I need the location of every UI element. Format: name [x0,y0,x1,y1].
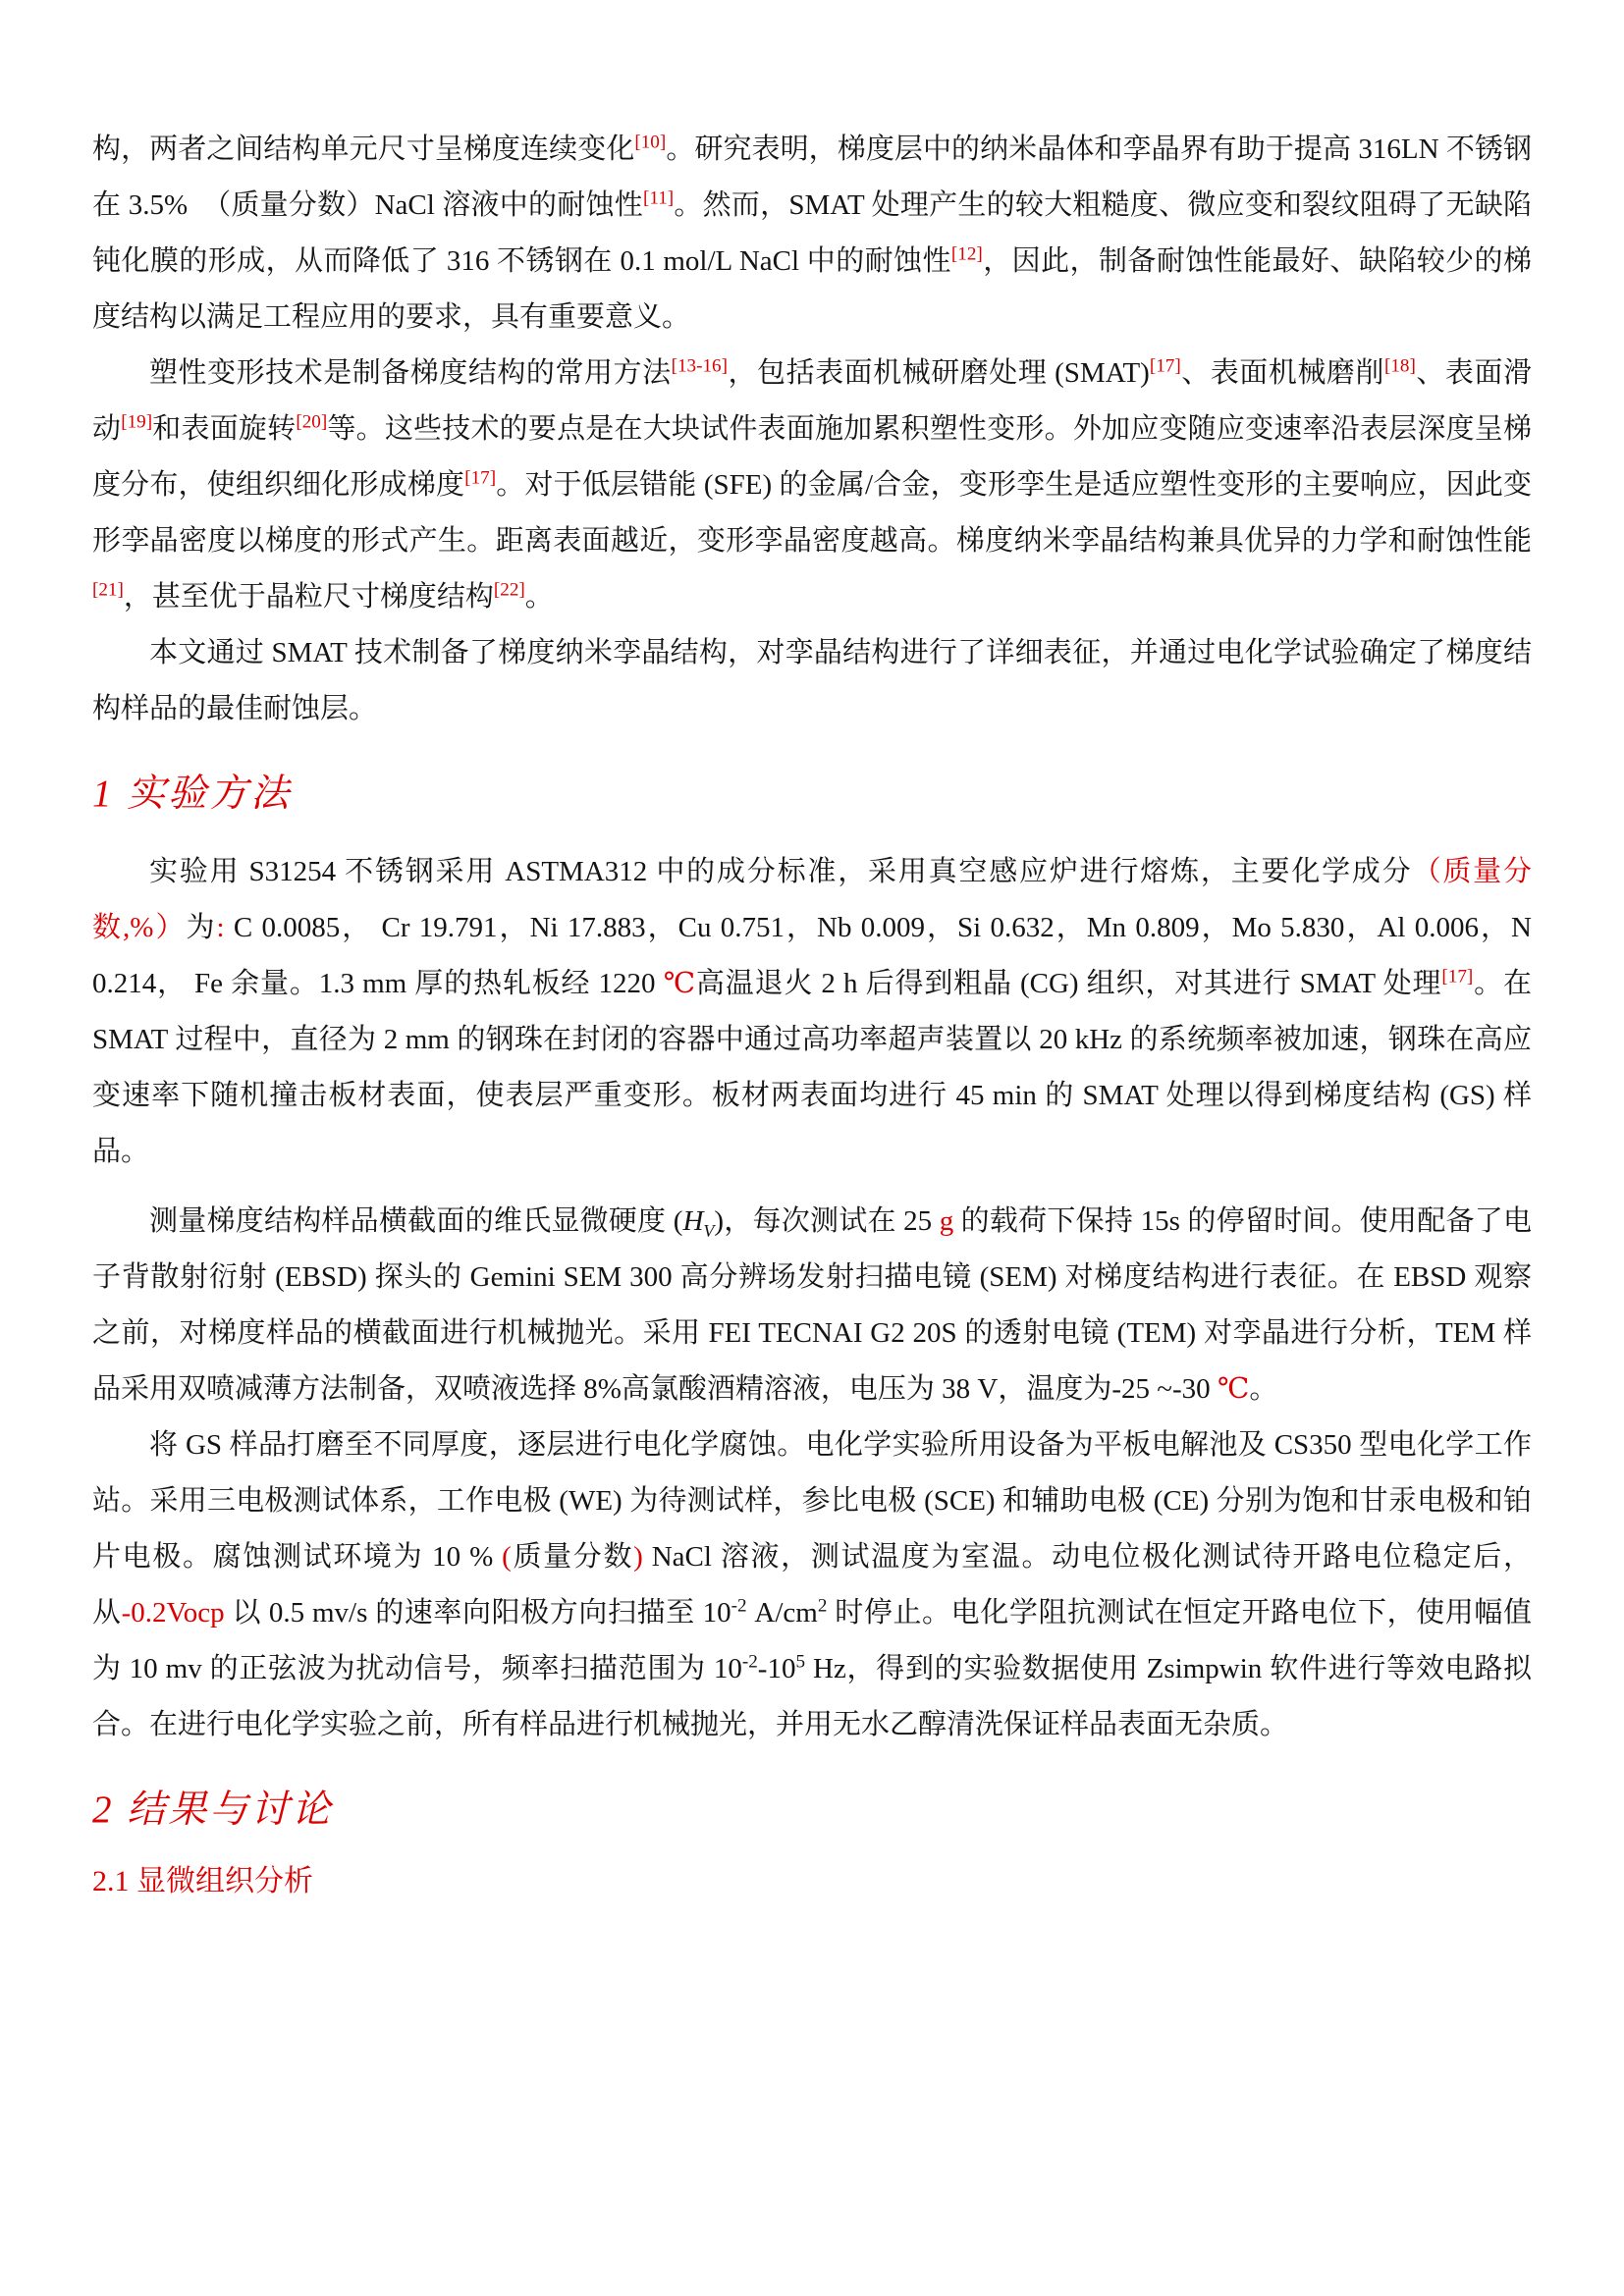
text-run: 以 0.5 mv/s 的速率向阳极方向扫描至 10 [225,1597,731,1629]
text-run: -0.2Vocp [122,1597,225,1629]
text-run: 实验用 S31254 不锈钢采用 ASTMA312 中的成分标准，采用真空感应炉… [149,856,1413,887]
document-page: 构，两者之间结构单元尺寸呈梯度连续变化[10]。研究表明，梯度层中的纳米晶体和孪… [0,0,1624,2296]
text-run: 。 [1249,1373,1277,1405]
text-run: 为 [186,912,216,943]
text-run: )，每次测试在 25 [714,1205,939,1237]
citation-ref: [22] [494,579,525,600]
citation-ref: [11] [643,187,674,208]
material-composition-paragraph: 实验用 S31254 不锈钢采用 ASTMA312 中的成分标准，采用真空感应炉… [92,844,1532,1180]
citation-ref: [13-16] [672,355,728,376]
text-run: 质量分数 [512,1541,633,1573]
text-run: 、表面机械磨削 [1181,357,1384,389]
citation-ref: [21] [92,579,124,600]
text-run: ，甚至优于晶粒尺寸梯度结构 [124,581,494,613]
text-run: A/cm [747,1597,818,1629]
text-run: 2 结果与讨论 [92,1789,333,1831]
citation-ref: [10] [634,132,666,152]
text-run: 测量梯度结构样品横截面的维氏显微硬度 ( [149,1205,682,1237]
text-run: ，包括表面机械研磨处理 (SMAT) [728,357,1150,389]
text-run: -2 [731,1595,747,1616]
plastic-deformation-methods-paragraph: 塑性变形技术是制备梯度结构的常用方法[13-16]，包括表面机械研磨处理 (SM… [92,346,1532,625]
citation-ref: [17] [1150,355,1181,376]
text-run: -10 [758,1653,796,1684]
paper-scope-paragraph: 本文通过 SMAT 技术制备了梯度纳米孪晶结构，对孪晶结构进行了详细表征，并通过… [92,625,1532,737]
text-run: g [940,1205,954,1237]
text-run: 。 [525,581,554,613]
citation-ref: [12] [951,243,983,264]
intro-paragraph-continued: 构，两者之间结构单元尺寸呈梯度连续变化[10]。研究表明，梯度层中的纳米晶体和孪… [92,122,1532,346]
text-run: V [703,1221,714,1241]
text-run: H [682,1205,703,1237]
citation-ref: [20] [296,411,327,432]
text-run: 构，两者之间结构单元尺寸呈梯度连续变化 [92,133,634,165]
text-run: : [217,912,225,943]
document-body: 构，两者之间结构单元尺寸呈梯度连续变化[10]。研究表明，梯度层中的纳米晶体和孪… [92,122,1532,1899]
text-run: ) [633,1541,643,1573]
text-run: 2 [818,1595,828,1616]
text-run: 1 实验方法 [92,773,292,815]
text-run: ℃ [1218,1373,1249,1405]
characterization-paragraph: 测量梯度结构样品横截面的维氏显微硬度 (HV)，每次测试在 25 g 的载荷下保… [92,1194,1532,1417]
text-run: 和表面旋转 [152,413,296,445]
electrochemical-test-paragraph: 将 GS 样品打磨至不同厚度，逐层进行电化学腐蚀。电化学实验所用设备为平板电解池… [92,1417,1532,1753]
text-run: 高温退火 2 h 后得到粗晶 (CG) 组织，对其进行 SMAT 处理 [696,968,1442,999]
citation-ref: [19] [121,411,152,432]
section-2-heading: 2 结果与讨论 [92,1789,1532,1833]
section-2-1-subheading: 2.1 显微组织分析 [92,1864,1532,1899]
text-run: ℃ [664,968,696,999]
text-run: 2.1 显微组织分析 [92,1865,313,1897]
text-run: -2 [742,1651,758,1672]
text-run: 本文通过 SMAT 技术制备了梯度纳米孪晶结构，对孪晶结构进行了详细表征，并通过… [92,637,1532,724]
section-1-heading: 1 实验方法 [92,773,1532,817]
text-run: 塑性变形技术是制备梯度结构的常用方法 [149,357,672,389]
text-run: 5 [795,1651,805,1672]
citation-ref: [17] [464,467,496,488]
text-run: ( [502,1541,512,1573]
citation-ref: [17] [1441,966,1473,987]
citation-ref: [18] [1384,355,1416,376]
